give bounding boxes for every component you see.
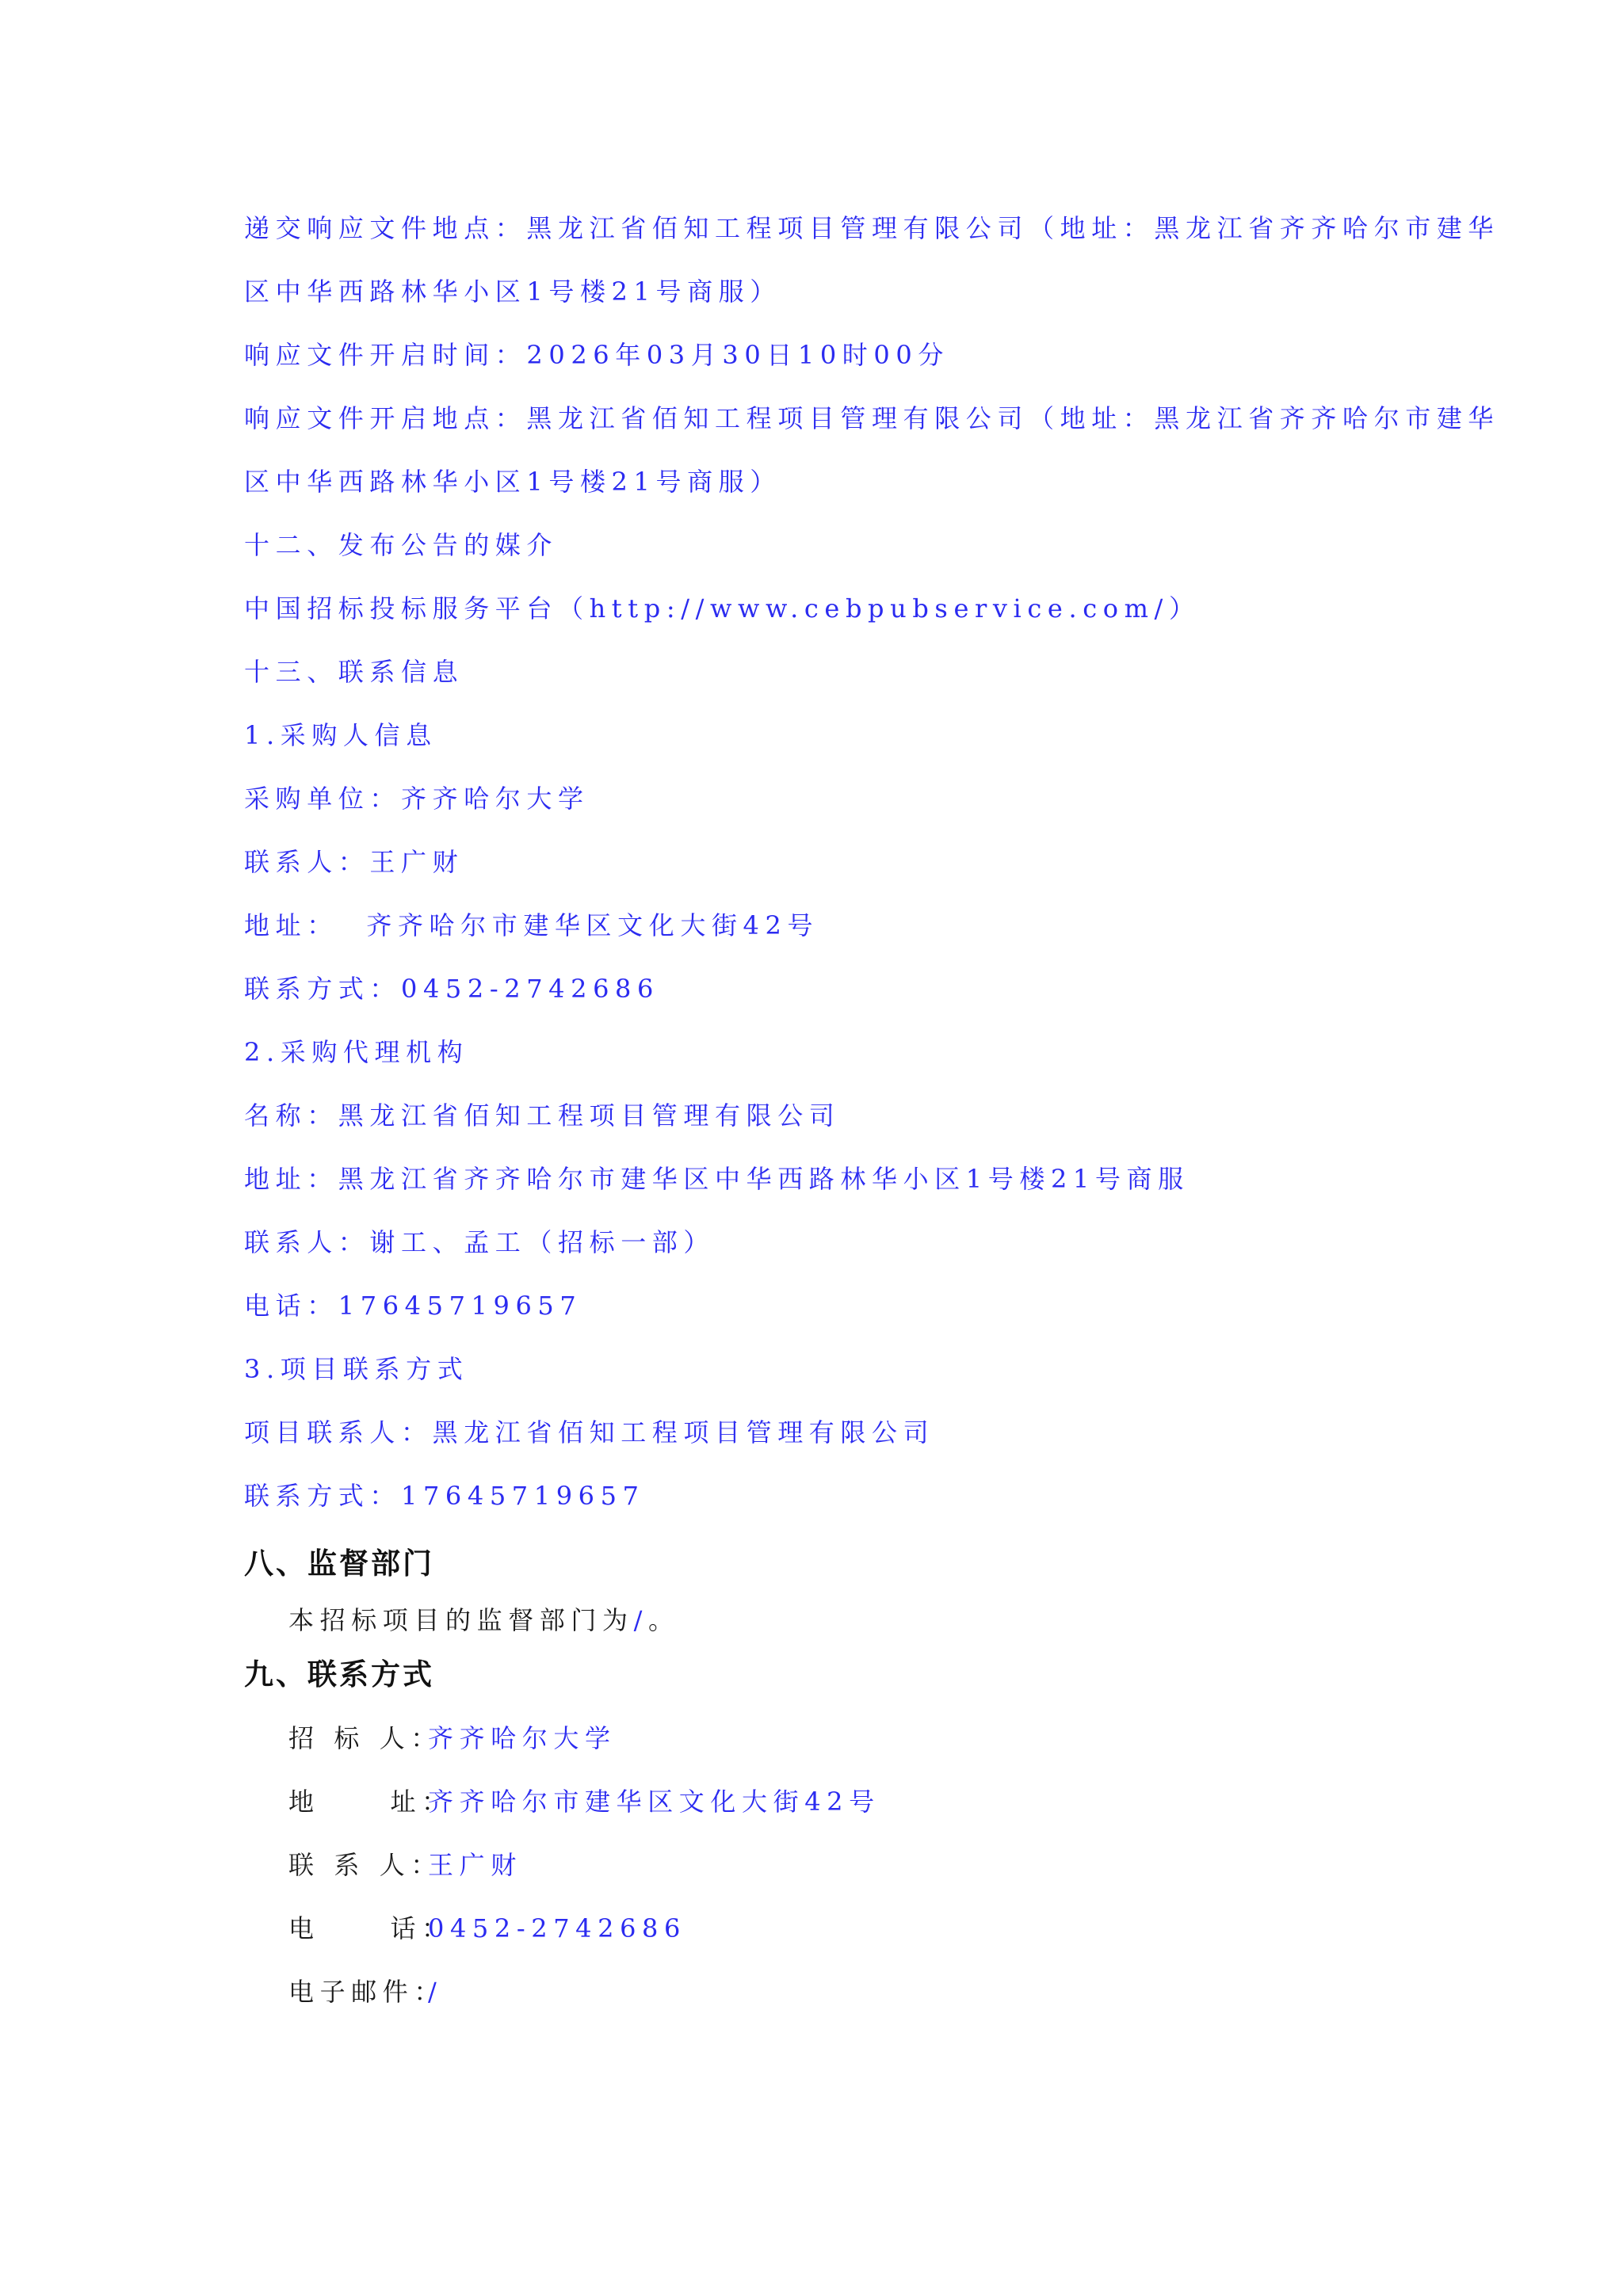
contact-row-address: 地 址：齐齐哈尔市建华区文化大街42号 (288, 1786, 880, 1817)
contact-label: 电 话： (288, 1913, 428, 1944)
project-contact-phone: 联系方式：17645719657 (244, 1480, 645, 1512)
supervision-body: 本招标项目的监督部门为/。 (288, 1604, 680, 1636)
project-contact-person: 项目联系人：黑龙江省佰知工程项目管理有限公司 (244, 1417, 934, 1448)
contact-label: 电子邮件： (288, 1976, 428, 2008)
submission-location-line-2: 区中华西路林华小区1号楼21号商服） (244, 276, 781, 307)
section-12-heading: 十二、发布公告的媒介 (244, 529, 558, 561)
opening-location-line-2: 区中华西路林华小区1号楼21号商服） (244, 466, 781, 498)
supervision-value: / (634, 1605, 648, 1635)
contact-label: 招 标 人： (288, 1722, 428, 1754)
supervision-suffix: 。 (648, 1605, 680, 1635)
purchaser-unit: 采购单位：齐齐哈尔大学 (244, 783, 590, 814)
contact-value: 0452-2742686 (428, 1913, 686, 1943)
agency-address: 地址：黑龙江省齐齐哈尔市建华区中华西路林华小区1号楼21号商服 (244, 1163, 1190, 1195)
contact-label: 地 址： (288, 1786, 428, 1817)
contact-row-phone: 电 话：0452-2742686 (288, 1913, 686, 1944)
purchaser-contact: 联系人：王广财 (244, 846, 464, 878)
contact-value: 王广财 (428, 1850, 522, 1880)
contact-label: 联 系 人： (288, 1849, 428, 1881)
section-8-heading: 八、监督部门 (244, 1547, 434, 1581)
agency-name: 名称：黑龙江省佰知工程项目管理有限公司 (244, 1100, 840, 1131)
supervision-prefix: 本招标项目的监督部门为 (288, 1605, 634, 1635)
purchaser-info-heading: 1.采购人信息 (244, 719, 437, 751)
agency-contact: 联系人：谢工、孟工（招标一部） (244, 1226, 715, 1258)
opening-time-line: 响应文件开启时间：2026年03月30日10时00分 (244, 339, 949, 371)
agency-phone: 电话：17645719657 (244, 1290, 582, 1322)
opening-location-line-1: 响应文件开启地点：黑龙江省佰知工程项目管理有限公司（地址：黑龙江省齐齐哈尔市建华 (244, 402, 1499, 434)
purchaser-address: 地址： 齐齐哈尔市建华区文化大街42号 (244, 910, 819, 941)
purchaser-phone: 联系方式：0452-2742686 (244, 973, 659, 1005)
project-contact-heading: 3.项目联系方式 (244, 1353, 468, 1385)
contact-row-bidder: 招 标 人：齐齐哈尔大学 (288, 1722, 617, 1754)
section-13-heading: 十三、联系信息 (244, 656, 464, 688)
submission-location-line-1: 递交响应文件地点：黑龙江省佰知工程项目管理有限公司（地址：黑龙江省齐齐哈尔市建华 (244, 212, 1499, 244)
agency-heading: 2.采购代理机构 (244, 1036, 468, 1068)
contact-row-email: 电子邮件：/ (288, 1976, 442, 2008)
contact-value: 齐齐哈尔大学 (428, 1723, 617, 1753)
media-platform-link[interactable]: 中国招标投标服务平台（http://www.cebpubservice.com/… (244, 593, 1201, 624)
contact-value: / (428, 1977, 442, 2007)
document-page: 递交响应文件地点：黑龙江省佰知工程项目管理有限公司（地址：黑龙江省齐齐哈尔市建华… (0, 0, 1623, 2296)
contact-value: 齐齐哈尔市建华区文化大街42号 (428, 1787, 880, 1817)
contact-row-person: 联 系 人：王广财 (288, 1849, 522, 1881)
section-9-heading: 九、联系方式 (244, 1657, 434, 1692)
